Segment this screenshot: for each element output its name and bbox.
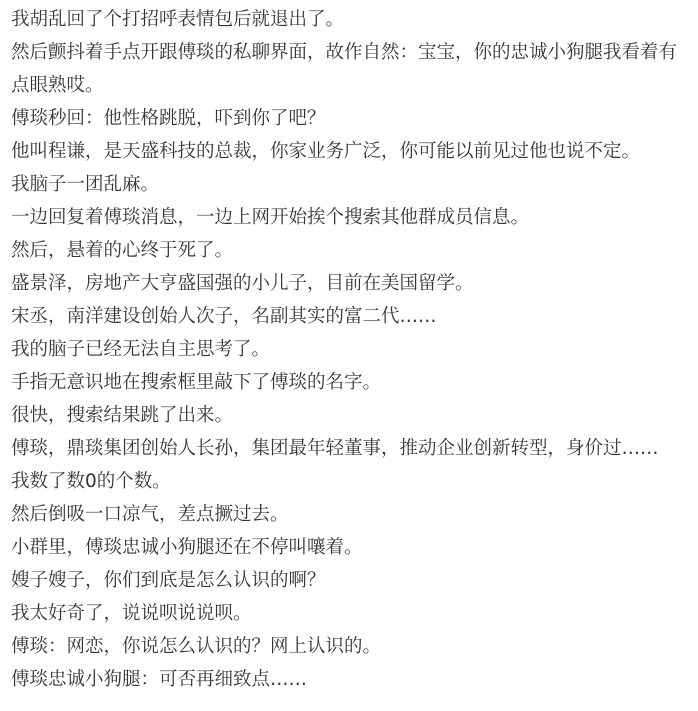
paragraph: 然后颤抖着手点开跟傅琰的私聊界面，故作自然：宝宝，你的忠诚小狗腿我看着有点眼熟哎…	[11, 36, 695, 102]
paragraph: 他叫程谦，是天盛科技的总裁，你家业务广泛，你可能以前见过他也说不定。	[11, 135, 695, 168]
paragraph: 我脑子一团乱麻。	[11, 168, 695, 201]
paragraph: 宋丞，南洋建设创始人次子，名副其实的富二代……	[11, 300, 695, 333]
paragraph: 我太好奇了，说说呗说说呗。	[11, 597, 695, 630]
paragraph: 我数了数0的个数。	[11, 465, 695, 498]
paragraph: 傅琰，鼎琰集团创始人长孙，集团最年轻董事，推动企业创新转型，身价过……	[11, 432, 695, 465]
paragraph: 很快，搜索结果跳了出来。	[11, 399, 695, 432]
paragraph: 小群里，傅琰忠诚小狗腿还在不停叫嚷着。	[11, 531, 695, 564]
paragraph: 嫂子嫂子，你们到底是怎么认识的啊？	[11, 564, 695, 597]
paragraph: 傅琰秒回：他性格跳脱，吓到你了吧？	[11, 102, 695, 135]
paragraph: 一边回复着傅琰消息，一边上网开始挨个搜索其他群成员信息。	[11, 201, 695, 234]
paragraph: 盛景泽，房地产大亨盛国强的小儿子，目前在美国留学。	[11, 267, 695, 300]
paragraph: 然后，悬着的心终于死了。	[11, 234, 695, 267]
paragraph: 我胡乱回了个打招呼表情包后就退出了。	[11, 3, 695, 36]
paragraph: 傅琰忠诚小狗腿：可否再细致点……	[11, 663, 695, 696]
paragraph: 手指无意识地在搜索框里敲下了傅琰的名字。	[11, 366, 695, 399]
paragraph: 我的脑子已经无法自主思考了。	[11, 333, 695, 366]
article-body: 我胡乱回了个打招呼表情包后就退出了。 然后颤抖着手点开跟傅琰的私聊界面，故作自然…	[11, 3, 695, 696]
paragraph: 傅琰：网恋，你说怎么认识的？网上认识的。	[11, 630, 695, 663]
paragraph: 然后倒吸一口凉气，差点撅过去。	[11, 498, 695, 531]
